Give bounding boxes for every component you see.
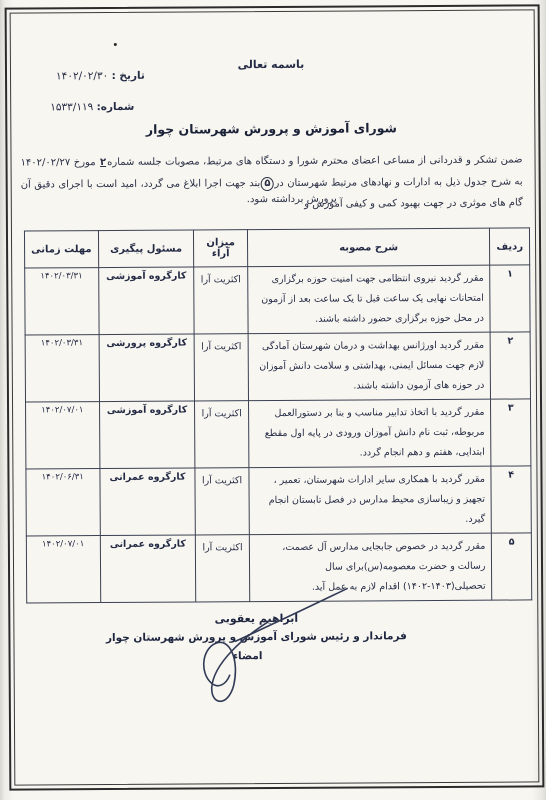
votes-value: اکثریت آرا <box>195 468 249 535</box>
session-number: ۲ <box>99 157 107 168</box>
minutes-table: ردیف شرح مصوبه میزان آراء مسئول پیگیری م… <box>24 227 532 603</box>
votes-value: اکثریت آرا <box>196 535 250 602</box>
header-responsible: مسئول پیگیری <box>98 230 194 268</box>
number-value: ۱۵۳۳/۱۱۹ <box>50 101 93 113</box>
responsible-value: کارگروه آموزشی <box>99 401 195 469</box>
header-deadline: مهلت زمانی <box>24 231 98 268</box>
resolution-description: مقرر گردید با همکاری سایر ادارات شهرستان… <box>249 466 492 534</box>
row-number: ۳ <box>491 399 531 466</box>
resolution-description: مقرر گردید با اتخاذ تدابیر مناسب و بنا ب… <box>248 399 491 467</box>
date-value: ۱۴۰۲/۰۲/۳۰ <box>56 70 108 82</box>
header-row-number: ردیف <box>490 228 530 265</box>
deadline-value: ۱۴۰۲/۰۳/۳۱ <box>25 335 99 402</box>
votes-value: اکثریت آرا <box>195 401 249 468</box>
signatory-name: ابراهیم یعقوبی <box>101 611 411 626</box>
responsible-value: کارگروه عمرانی <box>100 535 196 603</box>
deadline-value: ۱۴۰۲/۰۳/۳۱ <box>25 268 99 335</box>
number-label: شماره: <box>97 101 135 113</box>
intro-text-1: ضمن تشکر و قدردانی از مساعی اعضای محترم … <box>107 154 522 168</box>
deadline-value: ۱۴۰۲/۰۷/۰۱ <box>26 402 100 469</box>
table-row: ۲مقرر گردید اورژانس بهداشت و درمان شهرست… <box>25 332 530 402</box>
date-line: تاریخ : ۱۴۰۲/۰۲/۳۰ <box>56 70 145 83</box>
intro-paragraph: ضمن تشکر و قدردانی از مساعی اعضای محترم … <box>20 149 522 217</box>
resolution-description: مقرر گردید اورژانس بهداشت و درمان شهرستا… <box>248 332 491 400</box>
table-row: ۴مقرر گردید با همکاری سایر ادارات شهرستا… <box>26 466 531 536</box>
row-number: ۵ <box>492 533 532 600</box>
row-number: ۱ <box>490 265 530 332</box>
signature-label: امضاء <box>102 649 394 663</box>
date-label: تاریخ : <box>112 70 145 82</box>
resolution-description: مقرر گردید نیروی انتظامی جهت امنیت حوزه … <box>247 265 490 333</box>
number-line: شماره: ۱۵۳۳/۱۱۹ <box>50 101 134 114</box>
table-row: ۵مقرر گردید در خصوص جابجایی مدارس آل عصم… <box>26 533 531 603</box>
signature-block: ابراهیم یعقوبی فرماندار و رئیس شورای آمو… <box>101 611 411 663</box>
table-row: ۱مقرر گردید نیروی انتظامی جهت امنیت حوزه… <box>25 265 530 335</box>
table-header-row: ردیف شرح مصوبه میزان آراء مسئول پیگیری م… <box>24 228 529 268</box>
row-number: ۲ <box>491 332 531 399</box>
scanned-document-page: { "colors": { "ink": "#252c45", "paper":… <box>0 0 546 800</box>
votes-value: اکثریت آرا <box>195 334 249 401</box>
header-votes: میزان آراء <box>194 230 248 267</box>
ink-speck <box>114 43 117 46</box>
responsible-value: کارگروه عمرانی <box>99 468 195 536</box>
signatory-role: فرماندار و رئیس شورای آموزش و پرورش شهرس… <box>101 630 411 644</box>
table-row: ۳مقرر گردید با اتخاذ تدابیر مناسب و بنا … <box>26 399 531 469</box>
votes-value: اکثریت آرا <box>194 267 248 334</box>
deadline-value: ۱۴۰۲/۰۶/۳۱ <box>26 469 100 536</box>
deadline-value: ۱۴۰۲/۰۷/۰۱ <box>26 536 100 603</box>
minutes-table-body: ۱مقرر گردید نیروی انتظامی جهت امنیت حوزه… <box>25 265 532 603</box>
responsible-value: کارگروه آموزشی <box>98 267 194 335</box>
header-description: شرح مصوبه <box>247 228 490 266</box>
document-sheet: باسمه تعالی تاریخ : ۱۴۰۲/۰۲/۳۰ شماره: ۱۵… <box>0 0 546 800</box>
clause-count: ۵ <box>261 176 274 190</box>
responsible-value: کارگروه پرورشی <box>99 334 195 402</box>
resolution-description: مقرر گردید در خصوص جابجایی مدارس آل عصمت… <box>249 533 492 601</box>
row-number: ۴ <box>491 466 531 533</box>
